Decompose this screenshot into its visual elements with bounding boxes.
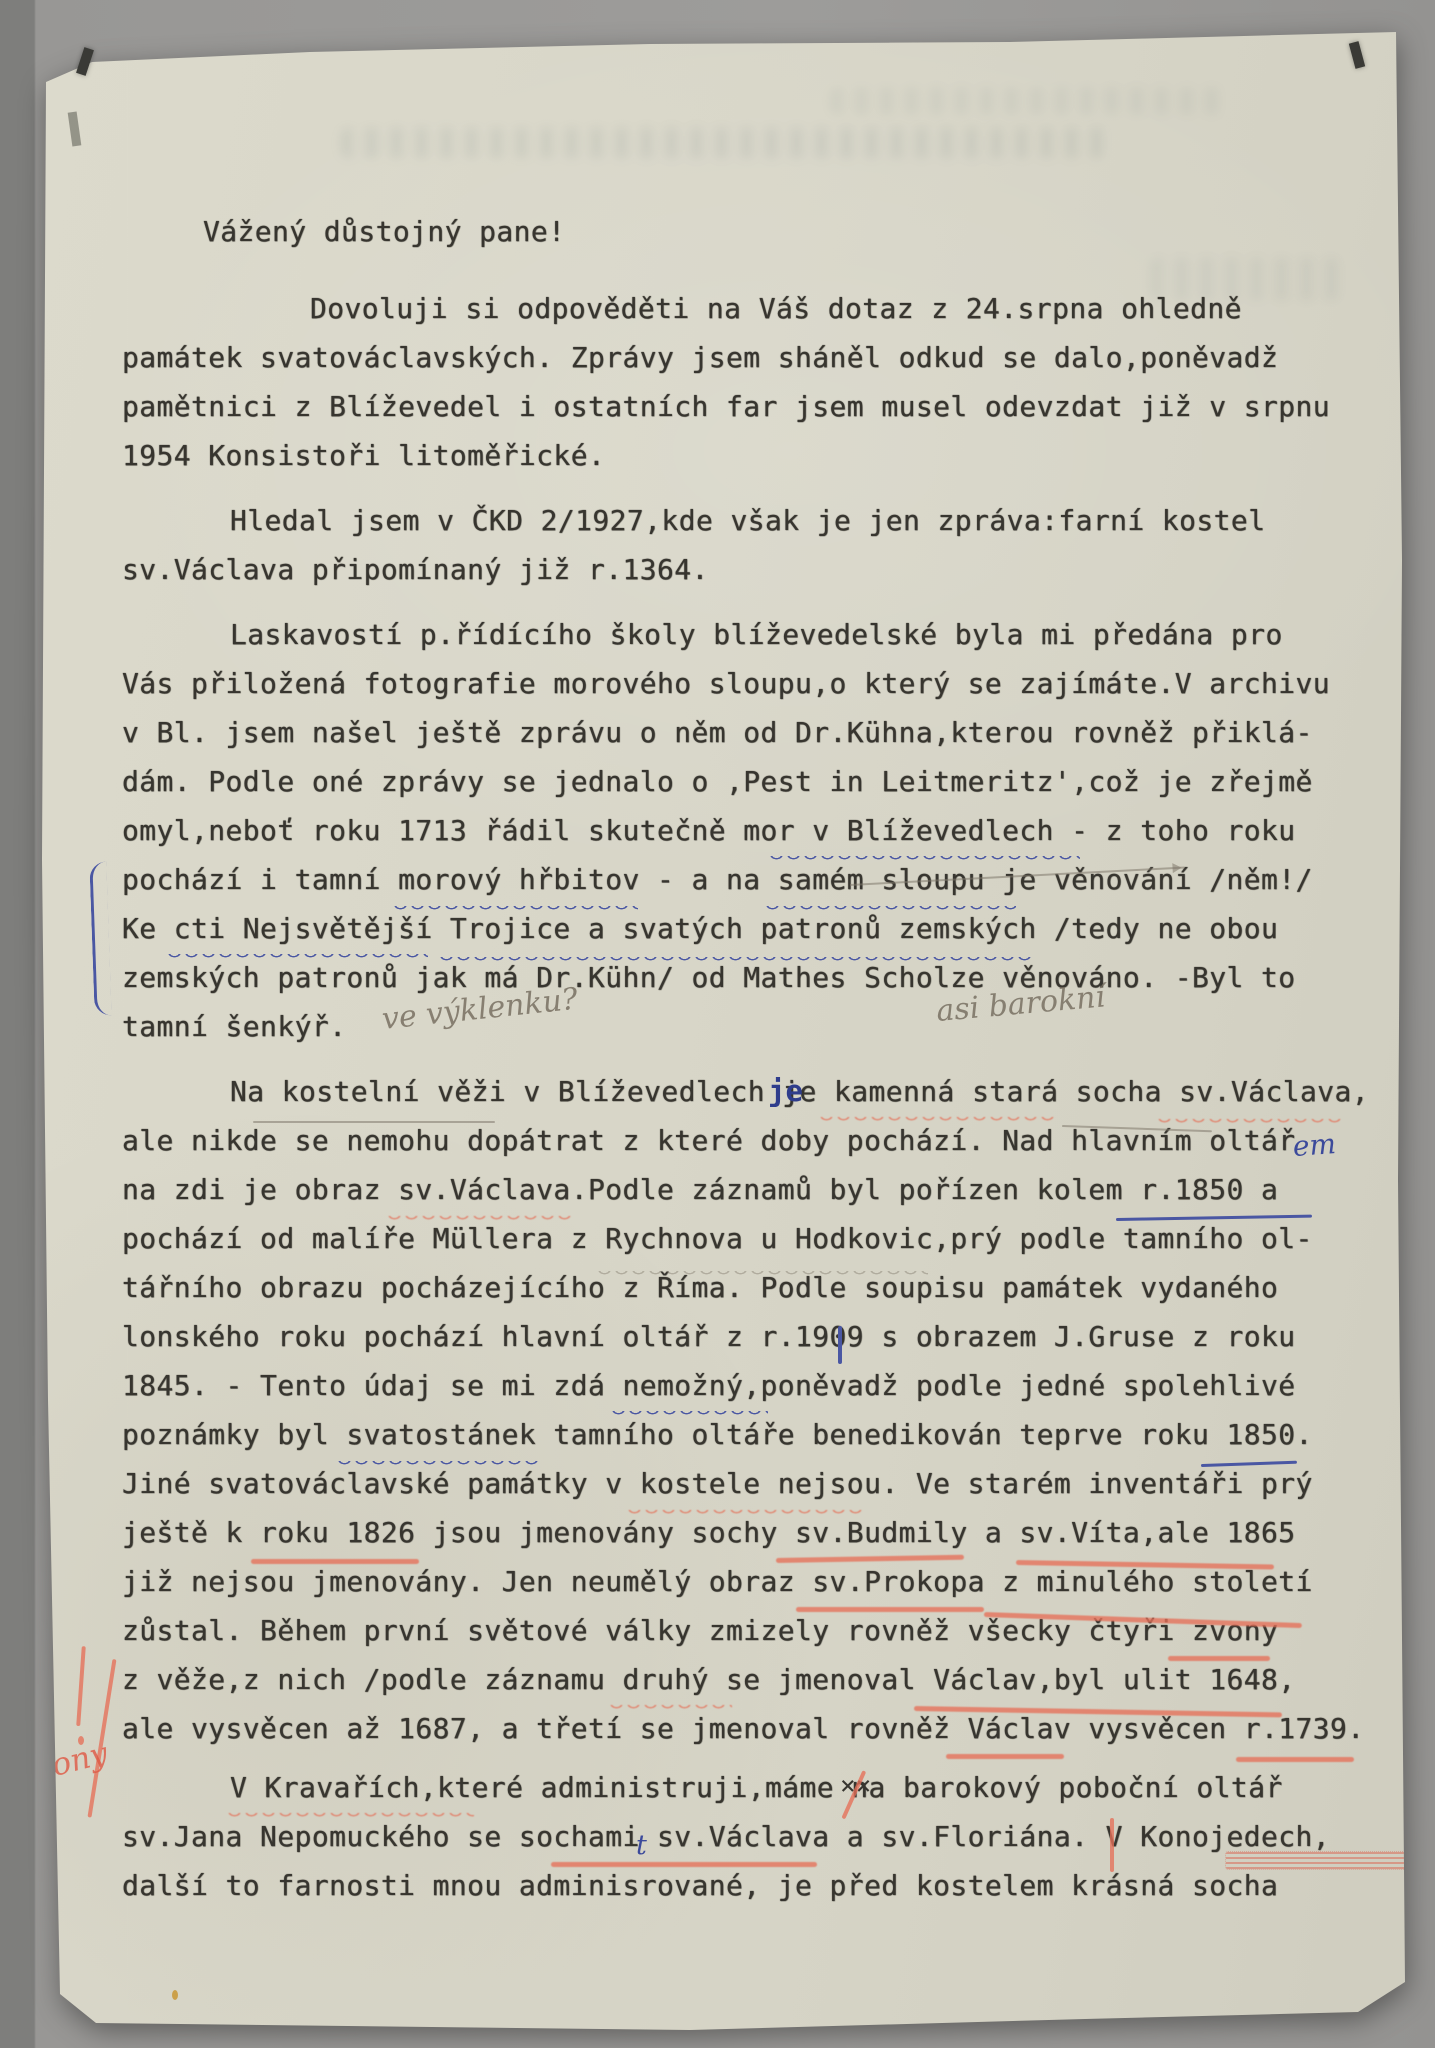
underline-kolem-r1850-blue [1116, 1215, 1312, 1221]
typed-line: ještě k roku 1826 jsou jmenovány sochy s… [122, 1516, 1296, 1550]
typed-line: na zdi je obraz sv.Václava.Podle záznamů… [122, 1173, 1278, 1207]
typed-line: ale nikde se nemohu dopátrat z které dob… [122, 1124, 1296, 1158]
underline-sv-budmily [776, 1555, 964, 1563]
typed-line: v Bl. jsem našel ještě zprávu o něm od D… [122, 716, 1313, 750]
underline-sv-prokopa [796, 1607, 984, 1612]
typed-line: Jiné svatováclavské památky v kostele ne… [122, 1467, 1313, 1501]
typed-line: již nejsou jmenovány. Jen neumělý obraz … [122, 1565, 1313, 1599]
underline-roku-1826 [251, 1559, 419, 1564]
typed-line: památek svatováclavských. Zprávy jsem sh… [122, 341, 1278, 375]
stamp-red [1226, 1852, 1432, 1869]
salutation-line: Vážený důstojný pane! [203, 215, 565, 249]
insert-em-blue: em [1292, 1127, 1337, 1163]
underline-sochami-sv-vaclava [551, 1862, 817, 1867]
typed-line: dám. Podle oné zprávy se jednalo o ,Pest… [122, 765, 1313, 799]
paper-sheet: Vážený důstojný pane! Dovoluji si odpově… [0, 0, 1435, 2048]
margin-exclamation-red [76, 1646, 86, 1726]
margin-slash-red [87, 1659, 116, 1818]
margin-note-zvony: zvony [15, 1735, 111, 1792]
typed-line: poznámky byl svatostánek tamního oltáře … [122, 1418, 1313, 1452]
typed-line: 1954 Konsistoři litoměřické. [122, 439, 605, 473]
typed-line: zemských patronů jak má Dr.Kühn/ od Math… [122, 961, 1296, 995]
typed-line: Hledal jsem v ČKD 2/1927,kde však je jen… [230, 504, 1265, 538]
typed-line: tářního obrazu pocházejícího z Říma. Pod… [122, 1271, 1278, 1305]
margin-exclamation-dot [78, 1736, 84, 1745]
underline-kostelni-vezi-pencil [253, 1121, 495, 1123]
typed-line: Ke cti Nejsvětější Trojice a svatých pat… [122, 912, 1278, 946]
margin-bracket-blue [89, 861, 111, 1015]
typed-line: lonského roku pochází hlavní oltář z r.1… [122, 1320, 1296, 1354]
bleedthrough-mark [830, 88, 1230, 114]
typed-line: pamětnici z Blíževedel i ostatních far j… [122, 390, 1330, 424]
typed-line: zůstal. Během první světové války zmizel… [122, 1614, 1278, 1648]
typed-line: pochází i tamní morový hřbitov - a na sa… [122, 863, 1313, 897]
bleedthrough-mark [340, 128, 1110, 158]
scanned-letter-page: Vážený důstojný pane! Dovoluji si odpově… [0, 0, 1435, 2048]
typed-line: tamní šenkýř. [122, 1010, 346, 1044]
paper-shadow: Vážený důstojný pane! Dovoluji si odpově… [0, 0, 1435, 2048]
typed-line: omyl,neboť roku 1713 řádil skutečně mor … [122, 814, 1296, 848]
paper-stain [172, 1990, 178, 2000]
typed-line: Vás přiložená fotografie morového sloupu… [122, 667, 1330, 701]
typed-line: sv.Václava připomínaný již r.1364. [122, 553, 709, 587]
typed-line: 1845. - Tento údaj se mi zdá nemožný,pon… [122, 1369, 1296, 1403]
typed-line: Na kostelní věži v Blíževedlech je kamen… [230, 1075, 1369, 1109]
typed-line: z věže,z nich /podle záznamu druhý se jm… [122, 1663, 1296, 1697]
underline-zvony [1168, 1656, 1270, 1661]
underline-vaclav-2 [946, 1754, 1064, 1759]
typed-line: další to farnosti mnou adminisrované, je… [122, 1869, 1278, 1903]
typed-line: Dovoluji si odpověděti na Váš dotaz z 24… [310, 292, 1242, 326]
typed-line: V Kravařích,které administruji,máme na b… [230, 1771, 1283, 1805]
typed-line: pochází od malíře Müllera z Rychnova u H… [122, 1222, 1313, 1256]
underline-r1739 [1236, 1757, 1354, 1762]
typed-line: sv.Jana Nepomuckého se sochami sv.Václav… [122, 1820, 1330, 1854]
typed-line: Laskavostí p.řídícího školy blíževedelsk… [230, 618, 1283, 652]
typed-line: ale vysvěcen až 1687, a třetí se jmenova… [122, 1712, 1365, 1746]
